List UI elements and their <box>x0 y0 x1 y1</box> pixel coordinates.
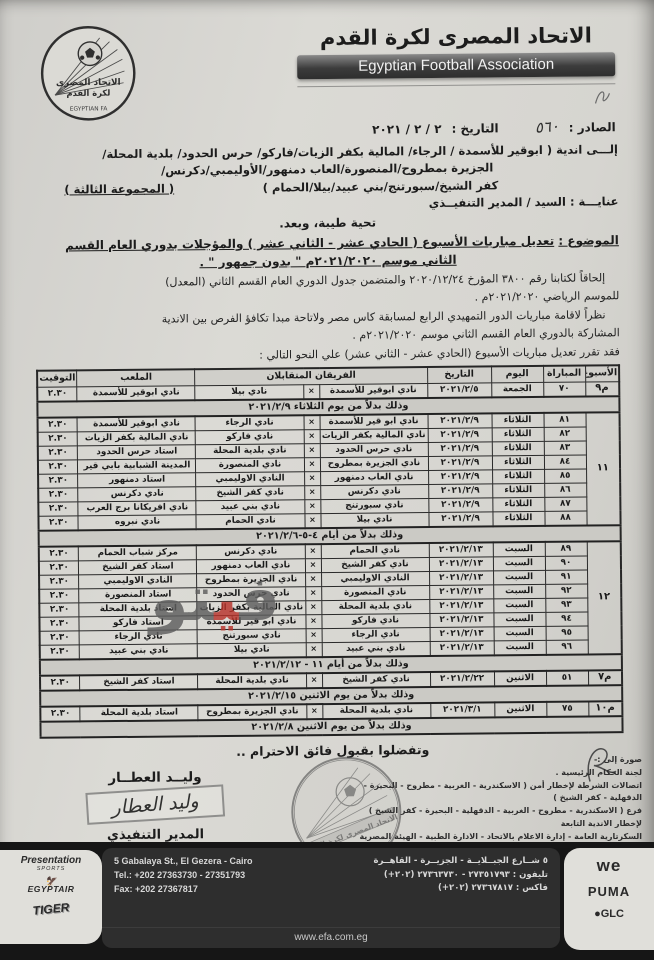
vs-mark: × <box>305 573 321 587</box>
home-team: نادي ابوقير للأسمدة <box>319 384 427 400</box>
match-date: ٢٠٢١/٢/١٣ <box>429 542 493 557</box>
match-day: الثلاثاء <box>492 497 544 511</box>
match-date: ٢٠٢١/٢/٩ <box>428 512 492 527</box>
match-day: السبت <box>493 542 545 557</box>
venue: نادي نبروه <box>78 515 196 531</box>
match-schedule-table: الأسبوع المباراة اليوم التاريخ الفريقان … <box>36 364 624 739</box>
kickoff-time: ٢.٣٠ <box>38 516 78 531</box>
match-day: السبت <box>493 556 545 570</box>
match-number: ٨٦ <box>544 483 586 497</box>
logo-text-line3: EGYPTIAN FA <box>70 106 108 112</box>
signature-block: وليــد العطــار وليد العطار المدير التنف… <box>60 769 251 844</box>
vs-mark: × <box>304 458 320 472</box>
home-team: نادي الجزيرة بمطروح <box>320 456 428 471</box>
name-stamp-handwriting: وليد العطار <box>111 790 200 819</box>
footer-address-english: 5 Gabalaya St., El Gezera - Cairo Tel.: … <box>114 855 253 897</box>
venue: نادي بني عبيد <box>80 644 198 660</box>
match-date: ٢٠٢١/٢/٩ <box>428 413 492 428</box>
venue: نادي ابوقير للأسمدة <box>77 416 195 432</box>
home-team: نادي دكرنس <box>320 484 428 499</box>
kickoff-time: ٢.٣٠ <box>39 617 79 631</box>
pen-mark <box>591 85 613 107</box>
match-number: ٥١ <box>546 670 588 685</box>
col-header-time: التوقيت <box>37 370 77 387</box>
venue: استاد دمنهور <box>78 473 196 488</box>
match-date: ٢٠٢١/٢/٩ <box>428 470 492 485</box>
veto-watermark: ف‍‍ي‍‍تو <box>150 568 280 630</box>
match-day: الثلاثاء <box>492 413 544 428</box>
subject-label: الموضوع : <box>558 233 619 248</box>
match-date: ٢٠٢١/٢/٩ <box>428 442 492 457</box>
match-number: ٨١ <box>544 412 586 427</box>
col-header-date: التاريخ <box>427 366 491 383</box>
kickoff-time: ٢.٣٠ <box>39 561 79 575</box>
match-date: ٢٠٢١/٢/٢٢ <box>430 671 494 687</box>
vs-mark: × <box>305 544 321 559</box>
greeting-line: تحية طيبة، وبعد. <box>37 213 619 233</box>
home-team: نادي ابو قير للأسمدة <box>320 414 428 430</box>
week-number: ١١ <box>585 412 620 525</box>
match-date: ٢٠٢١/٢/١٣ <box>430 627 494 642</box>
match-day: الثلاثاء <box>492 441 544 455</box>
home-team: نادي كفر الشيخ <box>321 557 429 572</box>
away-team: نادي كفر الشيخ <box>196 486 304 501</box>
efa-logo: الاتحاد المصرى لكرة القدم EGYPTIAN FA <box>39 24 138 123</box>
venue: استاد بلدية المحلة <box>80 705 198 721</box>
sponsor-panel-left: Presentation SPORTS 🦅 EGYPTAIR TIGER <box>0 850 102 944</box>
vs-mark: × <box>304 444 320 458</box>
match-date: ٢٠٢١/٢/٩ <box>428 428 492 443</box>
home-team: نادي بيلا <box>320 512 428 528</box>
match-number: ٩٦ <box>546 640 588 655</box>
away-team: نادي بيلا <box>198 643 306 659</box>
match-day: السبت <box>494 640 546 655</box>
match-number: ٩١ <box>545 570 587 584</box>
away-team: نادي بيلا <box>195 385 303 401</box>
address-ar-tel: تليفون : ٢٧٣٥١٧٩٣ - ٢٧٣٦٣٧٣٠ (٢٠٢+) <box>374 869 548 883</box>
match-date: ٢٠٢١/٢/١٣ <box>429 599 493 614</box>
match-day: الثلاثاء <box>492 455 544 469</box>
addressee-line-3-clubs: كفر الشيخ/سبورتنج/بني عبيد/بيلا/الحمام ) <box>263 177 499 197</box>
away-team: النادي الاوليمبي <box>196 472 304 487</box>
away-team: نادي المنصورة <box>196 458 304 473</box>
home-team: نادي بلدية المحلة <box>322 703 430 719</box>
egyptair-logo-text: EGYPTAIR <box>28 884 75 894</box>
match-number: ٨٥ <box>544 469 586 483</box>
watermark-part-red: ‍ي‍ <box>214 562 239 635</box>
match-day: الثلاثاء <box>492 427 544 441</box>
match-date: ٢٠٢١/٢/١٣ <box>429 613 493 628</box>
venue: استاد كفر الشيخ <box>80 674 198 690</box>
header-divider <box>297 83 615 87</box>
footer-website: www.efa.com.eg <box>102 927 560 943</box>
match-number: ٩٥ <box>546 626 588 640</box>
address-en-fax: Fax: +202 27367817 <box>114 883 253 897</box>
match-number: ٩٢ <box>545 584 587 598</box>
cc-line: اتصالات الشرطة لإخطار أمن ( الاسكندرية -… <box>350 780 642 806</box>
kickoff-time: ٢.٣٠ <box>40 645 80 660</box>
we-logo: we <box>564 856 654 876</box>
kickoff-time: ٢.٣٠ <box>39 603 79 617</box>
week-number: ١٢ <box>587 541 622 654</box>
presentation-logo-text: Presentation <box>21 855 82 866</box>
week-number: م١٠ <box>588 701 622 716</box>
away-team: نادي بلدية المحلة <box>198 673 306 689</box>
letterhead-titles: الاتحاد المصرى لكرة القدم Egyptian Footb… <box>297 23 616 87</box>
kickoff-time: ٢.٣٠ <box>40 675 80 690</box>
match-day: الثلاثاء <box>492 483 544 497</box>
kickoff-time: ٢.٣٠ <box>38 488 78 502</box>
vs-mark: × <box>306 629 322 643</box>
address-en-tel: Tel.: +202 27363730 - 27351793 <box>114 869 253 883</box>
away-team: نادي الرجاء <box>195 415 303 431</box>
association-title-banner: Egyptian Football Association <box>297 52 615 79</box>
home-team: نادي العاب دمنهور <box>320 470 428 485</box>
vs-mark: × <box>305 559 321 573</box>
puma-logo: PUMA <box>564 884 654 899</box>
match-number: ٧٠ <box>543 382 585 397</box>
kickoff-time: ٢.٣٠ <box>39 575 79 589</box>
tiger-logo: TIGER <box>0 897 102 922</box>
away-team: نادي بلدية المحلة <box>196 444 304 459</box>
home-team: نادي الرجاء <box>322 627 430 642</box>
match-day: السبت <box>493 570 545 584</box>
vs-mark: × <box>305 587 321 601</box>
match-number: ٨٣ <box>544 441 586 455</box>
presentation-logo: Presentation SPORTS <box>0 855 102 872</box>
venue: نادي دكرنس <box>78 487 196 502</box>
kickoff-time: ٢.٣٠ <box>38 502 78 516</box>
watermark-part: ‍تو <box>150 562 214 635</box>
col-header-match: المباراة <box>543 365 585 382</box>
away-team: نادي فاركو <box>196 430 304 445</box>
glc-logo: ●GLC <box>564 908 654 920</box>
cc-line: فرع ( الاسكندرية - مطروح - الغربية - الد… <box>350 805 642 831</box>
home-team: نادي بلدية المحلة <box>321 599 429 614</box>
kickoff-time: ٢.٣٠ <box>38 474 78 488</box>
vs-mark: × <box>304 472 320 486</box>
address-ar-fax: فاكس : ٢٧٣٦٧٨١٧ (٢٠٢+) <box>374 882 548 896</box>
vs-mark: × <box>304 415 320 430</box>
home-team: نادي المالية بكفر الزيات <box>320 428 428 443</box>
match-day: الاثنين <box>494 702 546 717</box>
association-title-arabic: الاتحاد المصرى لكرة القدم <box>297 23 615 50</box>
match-date: ٢٠٢١/٢/١٣ <box>429 571 493 586</box>
match-day: الثلاثاء <box>492 469 544 483</box>
cc-line: صورة إلى :- <box>350 754 642 767</box>
vs-mark: × <box>306 643 322 658</box>
vs-mark: × <box>304 430 320 444</box>
subject-text-1: تعديل مباريات الأسبوع ( الحادي عشر - الث… <box>65 234 554 253</box>
vs-mark: × <box>306 673 322 688</box>
venue: نادي المالية بكفر الزيات <box>78 431 196 446</box>
kickoff-time: ٢.٣٠ <box>37 417 77 432</box>
match-day: الاثنين <box>494 671 546 686</box>
home-team: نادي سبورتنج <box>320 498 428 513</box>
association-title-english: Egyptian Football Association <box>358 56 554 75</box>
venue: مركز شباب الحمام <box>79 545 197 561</box>
match-day: السبت <box>493 584 545 598</box>
logo-text-line2: لكرة القدم <box>66 88 110 99</box>
match-date: ٢٠٢١/٢/١٣ <box>429 557 493 572</box>
match-date: ٢٠٢١/٣/١ <box>430 702 494 718</box>
footer-address: 5 Gabalaya St., El Gezera - Cairo Tel.: … <box>102 848 560 897</box>
match-date: ٢٠٢١/٢/٩ <box>428 498 492 513</box>
group-name: ( المجموعة الثالثة ) <box>64 180 174 198</box>
kickoff-time: ٢.٣٠ <box>37 387 77 402</box>
home-team: نادي المنصورة <box>321 585 429 600</box>
vs-mark: × <box>305 615 321 629</box>
kickoff-time: ٢.٣٠ <box>38 460 78 474</box>
match-number: ٨٢ <box>544 427 586 441</box>
match-number: ٨٧ <box>544 497 586 511</box>
col-header-venue: الملعب <box>77 369 195 387</box>
address-en-street: 5 Gabalaya St., El Gezera - Cairo <box>114 855 253 869</box>
serial-number-handwritten: ٥٦٠ <box>534 117 560 137</box>
home-team: نادي بني عبيد <box>322 641 430 657</box>
col-header-week: الأسبوع <box>585 365 619 382</box>
addressee-block: إلـــى اندية ( ابوقير للأسمدة / الرجاء/ … <box>36 141 619 216</box>
date-value: ٢ / ٢ / ٢٠٢١ <box>372 122 442 137</box>
subject-block: الموضوع : تعديل مباريات الأسبوع ( الحادي… <box>37 231 619 273</box>
vs-mark: × <box>305 601 321 615</box>
match-number: ٨٨ <box>544 511 586 526</box>
kickoff-time: ٢.٣٠ <box>38 446 78 460</box>
match-date: ٢٠٢١/٢/١٣ <box>430 641 494 656</box>
footer-address-arabic: ٥ شــارع الجبــلايــة - الجزيــرة - القا… <box>374 855 548 897</box>
venue: استاد حرس الحدود <box>78 445 196 460</box>
away-team: نادي دكرنس <box>197 544 305 560</box>
match-day: الثلاثاء <box>492 511 544 526</box>
sponsor-panel-right: we PUMA ●GLC <box>564 848 654 950</box>
scanned-letter-page: الاتحاد المصرى لكرة القدم EGYPTIAN FA ال… <box>0 0 654 960</box>
match-day: السبت <box>494 626 546 640</box>
col-header-day: اليوم <box>491 366 543 383</box>
kickoff-time: ٢.٣٠ <box>38 432 78 446</box>
match-number: ٧٥ <box>546 701 588 716</box>
vs-mark: × <box>304 514 320 529</box>
home-team: نادي الحمام <box>321 543 429 559</box>
match-day: الجمعة <box>491 382 543 397</box>
egyptair-logo: 🦅 EGYPTAIR <box>0 879 102 894</box>
match-number: ٩٤ <box>545 612 587 626</box>
home-team: النادي الاوليمبي <box>321 571 429 586</box>
presentation-logo-tagline: SPORTS <box>0 866 102 872</box>
kickoff-time: ٢.٣٠ <box>39 546 79 561</box>
home-team: نادي فاركو <box>321 613 429 628</box>
match-number: ٩٠ <box>545 556 587 570</box>
footer-address-panel: 5 Gabalaya St., El Gezera - Cairo Tel.: … <box>102 848 560 948</box>
match-number: ٨٤ <box>544 455 586 469</box>
body-paragraph-1: إلحاقاً لكتابنا رقم ٣٨٠٠ المؤرخ ٢٠٢٠/١٢/… <box>37 270 619 291</box>
vs-mark: × <box>304 486 320 500</box>
vs-mark: × <box>304 500 320 514</box>
vs-mark: × <box>303 385 319 400</box>
body-paragraph-3: نظراً لاقامة مباريات الدور التمهيدي الرا… <box>38 307 620 328</box>
week-number: م٩ <box>585 382 619 397</box>
name-stamp-box: وليد العطار <box>85 784 225 824</box>
letterhead: الاتحاد المصرى لكرة القدم EGYPTIAN FA ال… <box>35 19 618 117</box>
serial-label: الصادر : <box>569 120 616 134</box>
letterhead-footer: Presentation SPORTS 🦅 EGYPTAIR TIGER 5 G… <box>0 842 654 960</box>
address-ar-street: ٥ شــارع الجبــلايــة - الجزيــرة - القا… <box>374 855 548 869</box>
cc-line: لجنة الحكام الرئيسية . <box>350 767 642 780</box>
away-team: نادي الجزيرة بمطروح <box>198 704 306 720</box>
match-date: ٢٠٢١/٢/٩ <box>428 456 492 471</box>
date-label: التاريخ : <box>451 121 498 135</box>
venue: نادي ابوقير للأسمدة <box>77 386 195 402</box>
home-team: نادي كفر الشيخ <box>322 672 430 688</box>
kickoff-time: ٢.٣٠ <box>40 631 80 645</box>
match-date: ٢٠٢١/٢/٥ <box>427 383 491 398</box>
venue: المدينة الشبابية بابي قير <box>78 459 196 474</box>
venue: نادي افريكانا برج العرب <box>78 501 196 516</box>
match-date: ٢٠٢١/٢/٩ <box>428 484 492 499</box>
match-day: السبت <box>493 598 545 612</box>
kickoff-time: ٢.٣٠ <box>40 706 80 721</box>
match-number: ٩٣ <box>545 598 587 612</box>
body-paragraph-4: المشاركة بالدوري العام القسم الثاني موسم… <box>38 325 620 346</box>
body-paragraph-5: فقد تقرر تعديل مباريات الأسبوع (الحادي ع… <box>38 344 620 365</box>
match-number: ٨٩ <box>545 541 587 556</box>
away-team: نادي الحمام <box>196 514 304 530</box>
match-date: ٢٠٢١/٢/١٣ <box>429 585 493 600</box>
watermark-part: ف‍ <box>240 562 281 635</box>
kickoff-time: ٢.٣٠ <box>39 589 79 603</box>
subject-text-2: الثاني موسم ٢٠٢١/٢٠٢٠م " بدون جمهور " . <box>199 253 456 269</box>
body-paragraph-2: للموسم الرياضي ٢٠٢١/٢٠٢٠م . <box>37 289 619 310</box>
logo-text-line1: الاتحاد المصرى <box>56 78 121 89</box>
away-team: نادي بني عبيد <box>196 500 304 515</box>
match-day: السبت <box>493 612 545 626</box>
vs-mark: × <box>306 704 322 719</box>
week-number: م٧ <box>588 670 622 685</box>
home-team: نادي حرس الحدود <box>320 442 428 457</box>
